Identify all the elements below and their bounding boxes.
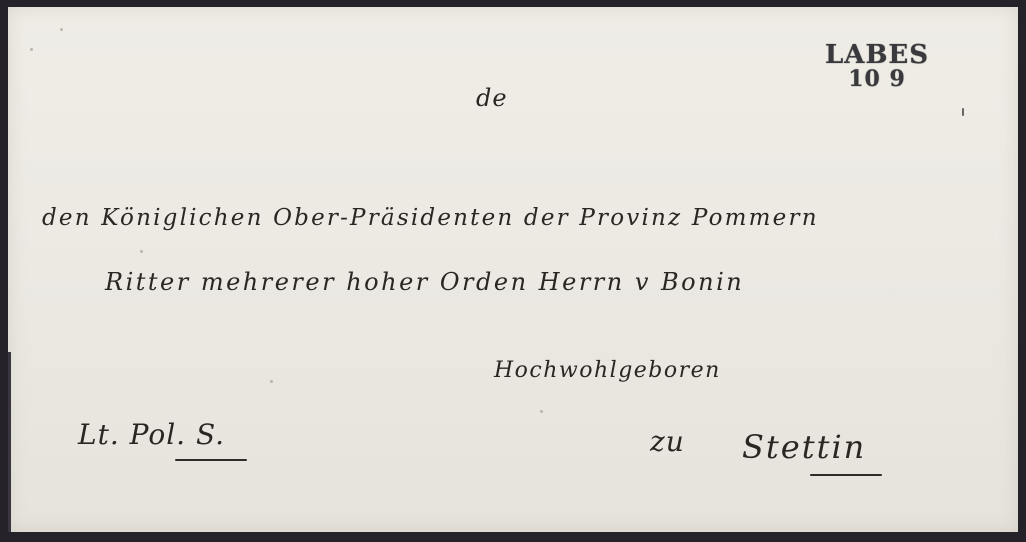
paper-spot (270, 380, 273, 383)
address-line-2: Ritter mehrerer hoher Orden Herrn v Boni… (105, 268, 744, 296)
ink-mark (962, 108, 964, 116)
paper-spot (60, 28, 63, 31)
paper-spot (30, 48, 33, 51)
postmark-stamp: LABES 10 9 (812, 42, 942, 90)
paper-spot (540, 410, 543, 413)
salutation-mark: de (476, 84, 508, 112)
service-note-underline (175, 459, 247, 461)
fold-edge (8, 352, 11, 532)
postmark-date: 10 9 (812, 68, 942, 90)
service-note: Lt. Pol. S. (78, 418, 225, 451)
address-line-1: den Königlichen Ober-Präsidenten der Pro… (42, 205, 819, 231)
destination-underline (810, 474, 882, 476)
destination-city: Stettin (742, 428, 866, 466)
paper-spot (140, 250, 143, 253)
address-line-3: Hochwohlgeboren (494, 358, 721, 383)
postmark-town: LABES (812, 42, 942, 68)
destination-prefix: zu (650, 425, 685, 458)
